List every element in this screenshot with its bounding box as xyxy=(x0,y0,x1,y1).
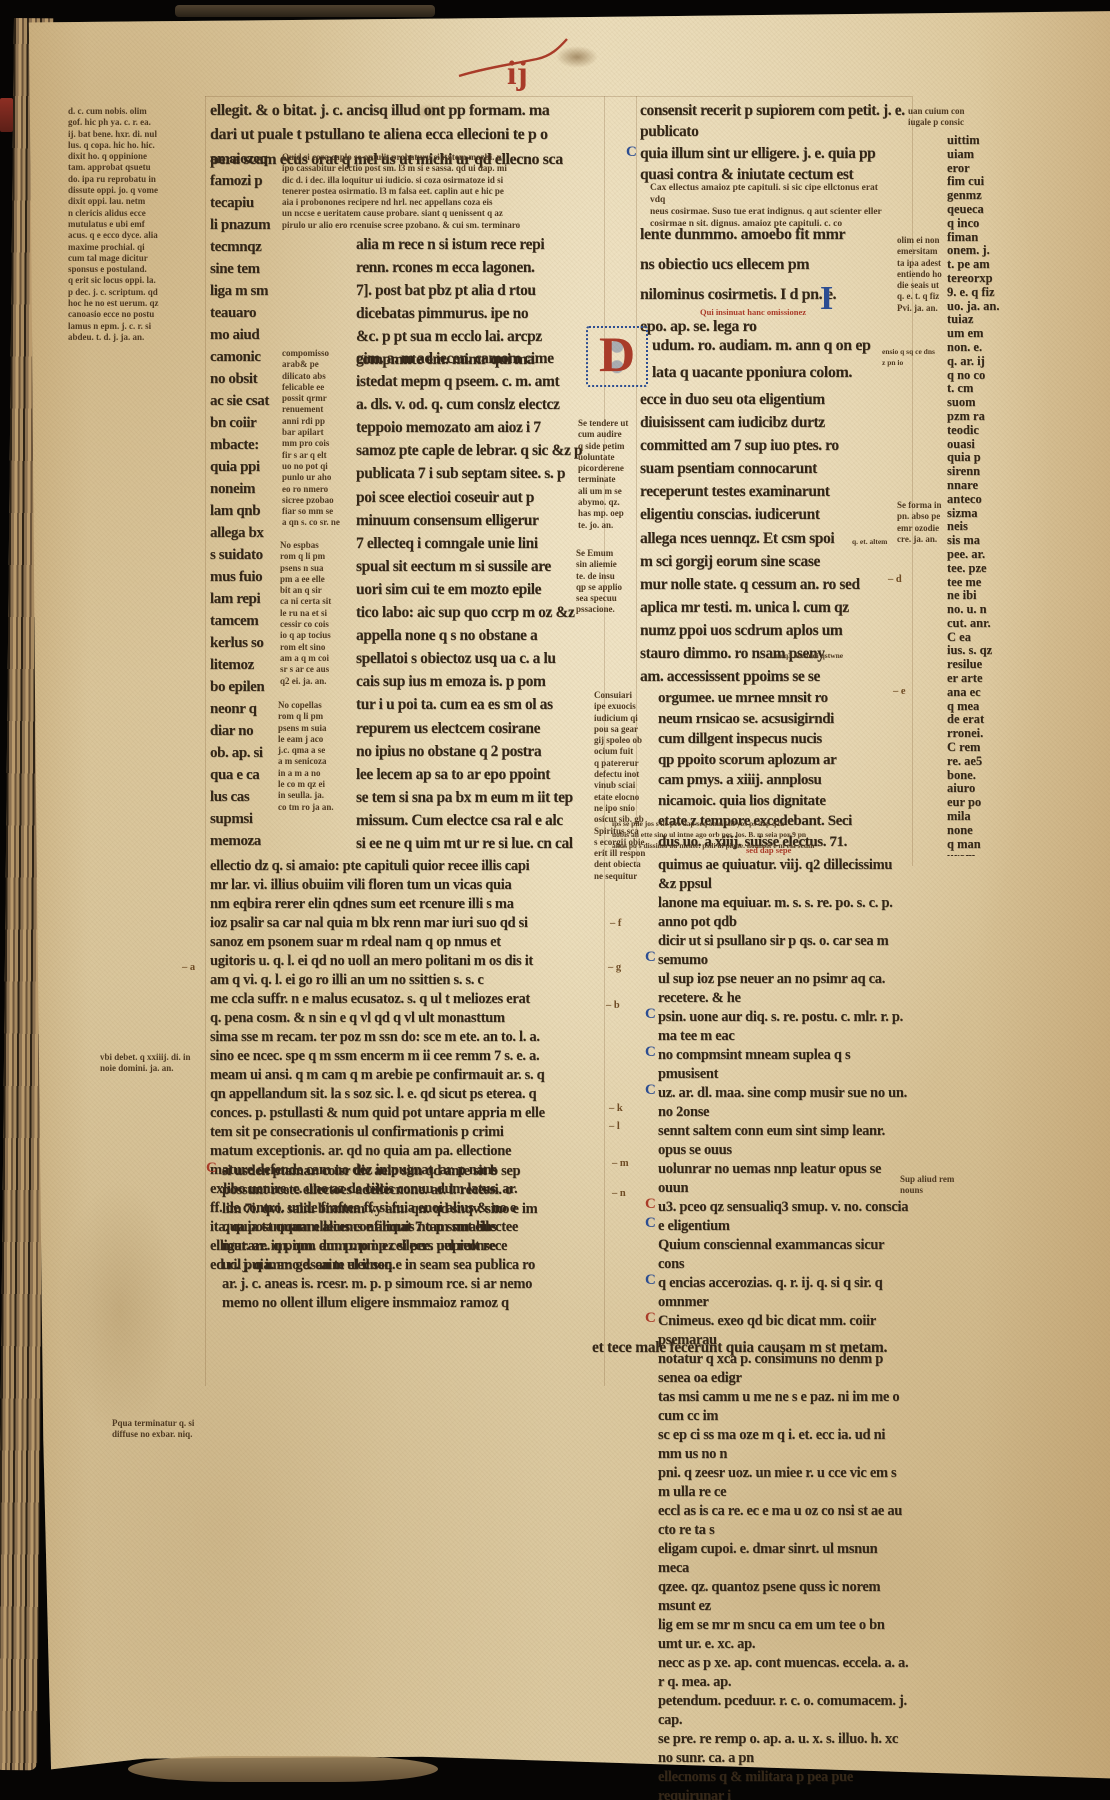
margin-letter-f: – f xyxy=(610,918,621,929)
right-column-part1: lente dunmmo. amoebo fit mmr ns obiectio… xyxy=(640,220,910,310)
right-margin-fragment-column: uittim uiam eror fim cui genmz qeueca q … xyxy=(947,134,1005,856)
margin-letter-k: – k xyxy=(609,1103,623,1114)
folio-flourish-icon: ij xyxy=(455,36,575,98)
fore-edge-red-mark xyxy=(0,98,13,132)
ruling-line-vertical xyxy=(205,96,206,1386)
paragraph-mark: C xyxy=(206,1160,217,1177)
margin-letter-m: – m xyxy=(612,1158,629,1169)
right-margin-note-2: ensio q sq ce dns z pn io xyxy=(882,346,950,368)
paragraph-mark: C xyxy=(645,1215,656,1232)
left-gloss-strip-3: No copellas rom q li pm psens m suia le … xyxy=(278,700,350,813)
left-gloss-strip-2: No espbas rom q li pm psens n sua pm a e… xyxy=(280,540,352,687)
paragraph-mark: C xyxy=(645,1082,656,1099)
left-column-inset-gloss: Quid si coza caplo se optulit probaturu … xyxy=(282,152,568,231)
right-margin-top-note: uan cuium con iugale p consic xyxy=(908,106,982,129)
margin-letter-e: – e xyxy=(893,686,906,697)
initial-i: I xyxy=(820,282,833,316)
svg-text:ij: ij xyxy=(507,55,528,92)
gutter-gloss-a: Se tendere ut cum audire q side petim uo… xyxy=(578,418,636,531)
paragraph-mark: C xyxy=(645,1272,656,1289)
ruling-line-vertical xyxy=(912,96,913,866)
gutter-gloss-mid: Consuiari ipe exuocis iudicium qi pou sa… xyxy=(594,690,656,882)
margin-letter-b: – b xyxy=(606,1000,620,1011)
top-page-sliver xyxy=(175,5,435,17)
paragraph-mark: C xyxy=(626,144,637,161)
tiny-note-mid: i. m q3 necandi qstwne xyxy=(770,650,902,661)
paragraph-mark: C xyxy=(645,1196,656,1213)
margin-letter-n: – n xyxy=(612,1188,626,1199)
right-column-final-line: et tece male fecerunt quia causam m st m… xyxy=(592,1338,922,1357)
paragraph-mark: C xyxy=(645,1310,656,1327)
right-margin-note-4: Sup aliud rem nouns xyxy=(900,1174,966,1197)
paragraph-mark: C xyxy=(645,1044,656,1061)
underlying-page-sliver xyxy=(128,1756,438,1782)
left-margin-note-1: vbi debet. q xxiiij. di. in noie domini.… xyxy=(100,1052,216,1075)
photograph-backdrop: ij d. c. cum nobis. olim gof. hic ph ya.… xyxy=(0,0,1110,1800)
left-margin-note-2: Pqua terminatur q. si diffuse no exbar. … xyxy=(112,1418,232,1441)
margin-letter-g: – g xyxy=(608,962,621,973)
paragraph-mark: C xyxy=(645,949,656,966)
initial-d-decorated: D xyxy=(586,326,648,387)
left-column-stub-words: amaiozeq famozi p tecapiu li pnazum tecm… xyxy=(210,148,282,852)
right-column-tiny-notes: ips se pile jos s ile pee dap seq omn la… xyxy=(612,818,908,851)
folio-numeral: ij xyxy=(455,36,575,103)
paragraph-mark: C xyxy=(645,1006,656,1023)
margin-letter-d: – d xyxy=(888,574,902,585)
left-margin-gloss: d. c. cum nobis. olim gof. hic ph ya. c.… xyxy=(68,106,196,343)
margin-letter-l: – l xyxy=(609,1121,620,1132)
left-gloss-strip-1: compomisso arab& pe dilicato abs felicab… xyxy=(282,348,352,529)
margin-letter-a: – a xyxy=(182,962,195,973)
left-column-main-text: gim. a. m ad iecen. camom cime istedat m… xyxy=(356,347,598,855)
left-column-bottom-text: si usden ptamar. coisr dic aelo sim qd a… xyxy=(222,1162,602,1312)
right-column-opening-lines: consensit recerit p supiorem com petit. … xyxy=(640,100,910,185)
right-column-lower-text: quimus ae quiuatur. viij. q2 dillecissim… xyxy=(658,856,910,1800)
gutter-gloss-b: Se Emum sin aliemie te. de insu qp se ap… xyxy=(576,548,634,616)
right-column-part2: udum. ro. audiam. m. ann q on ep lata q … xyxy=(652,332,910,386)
